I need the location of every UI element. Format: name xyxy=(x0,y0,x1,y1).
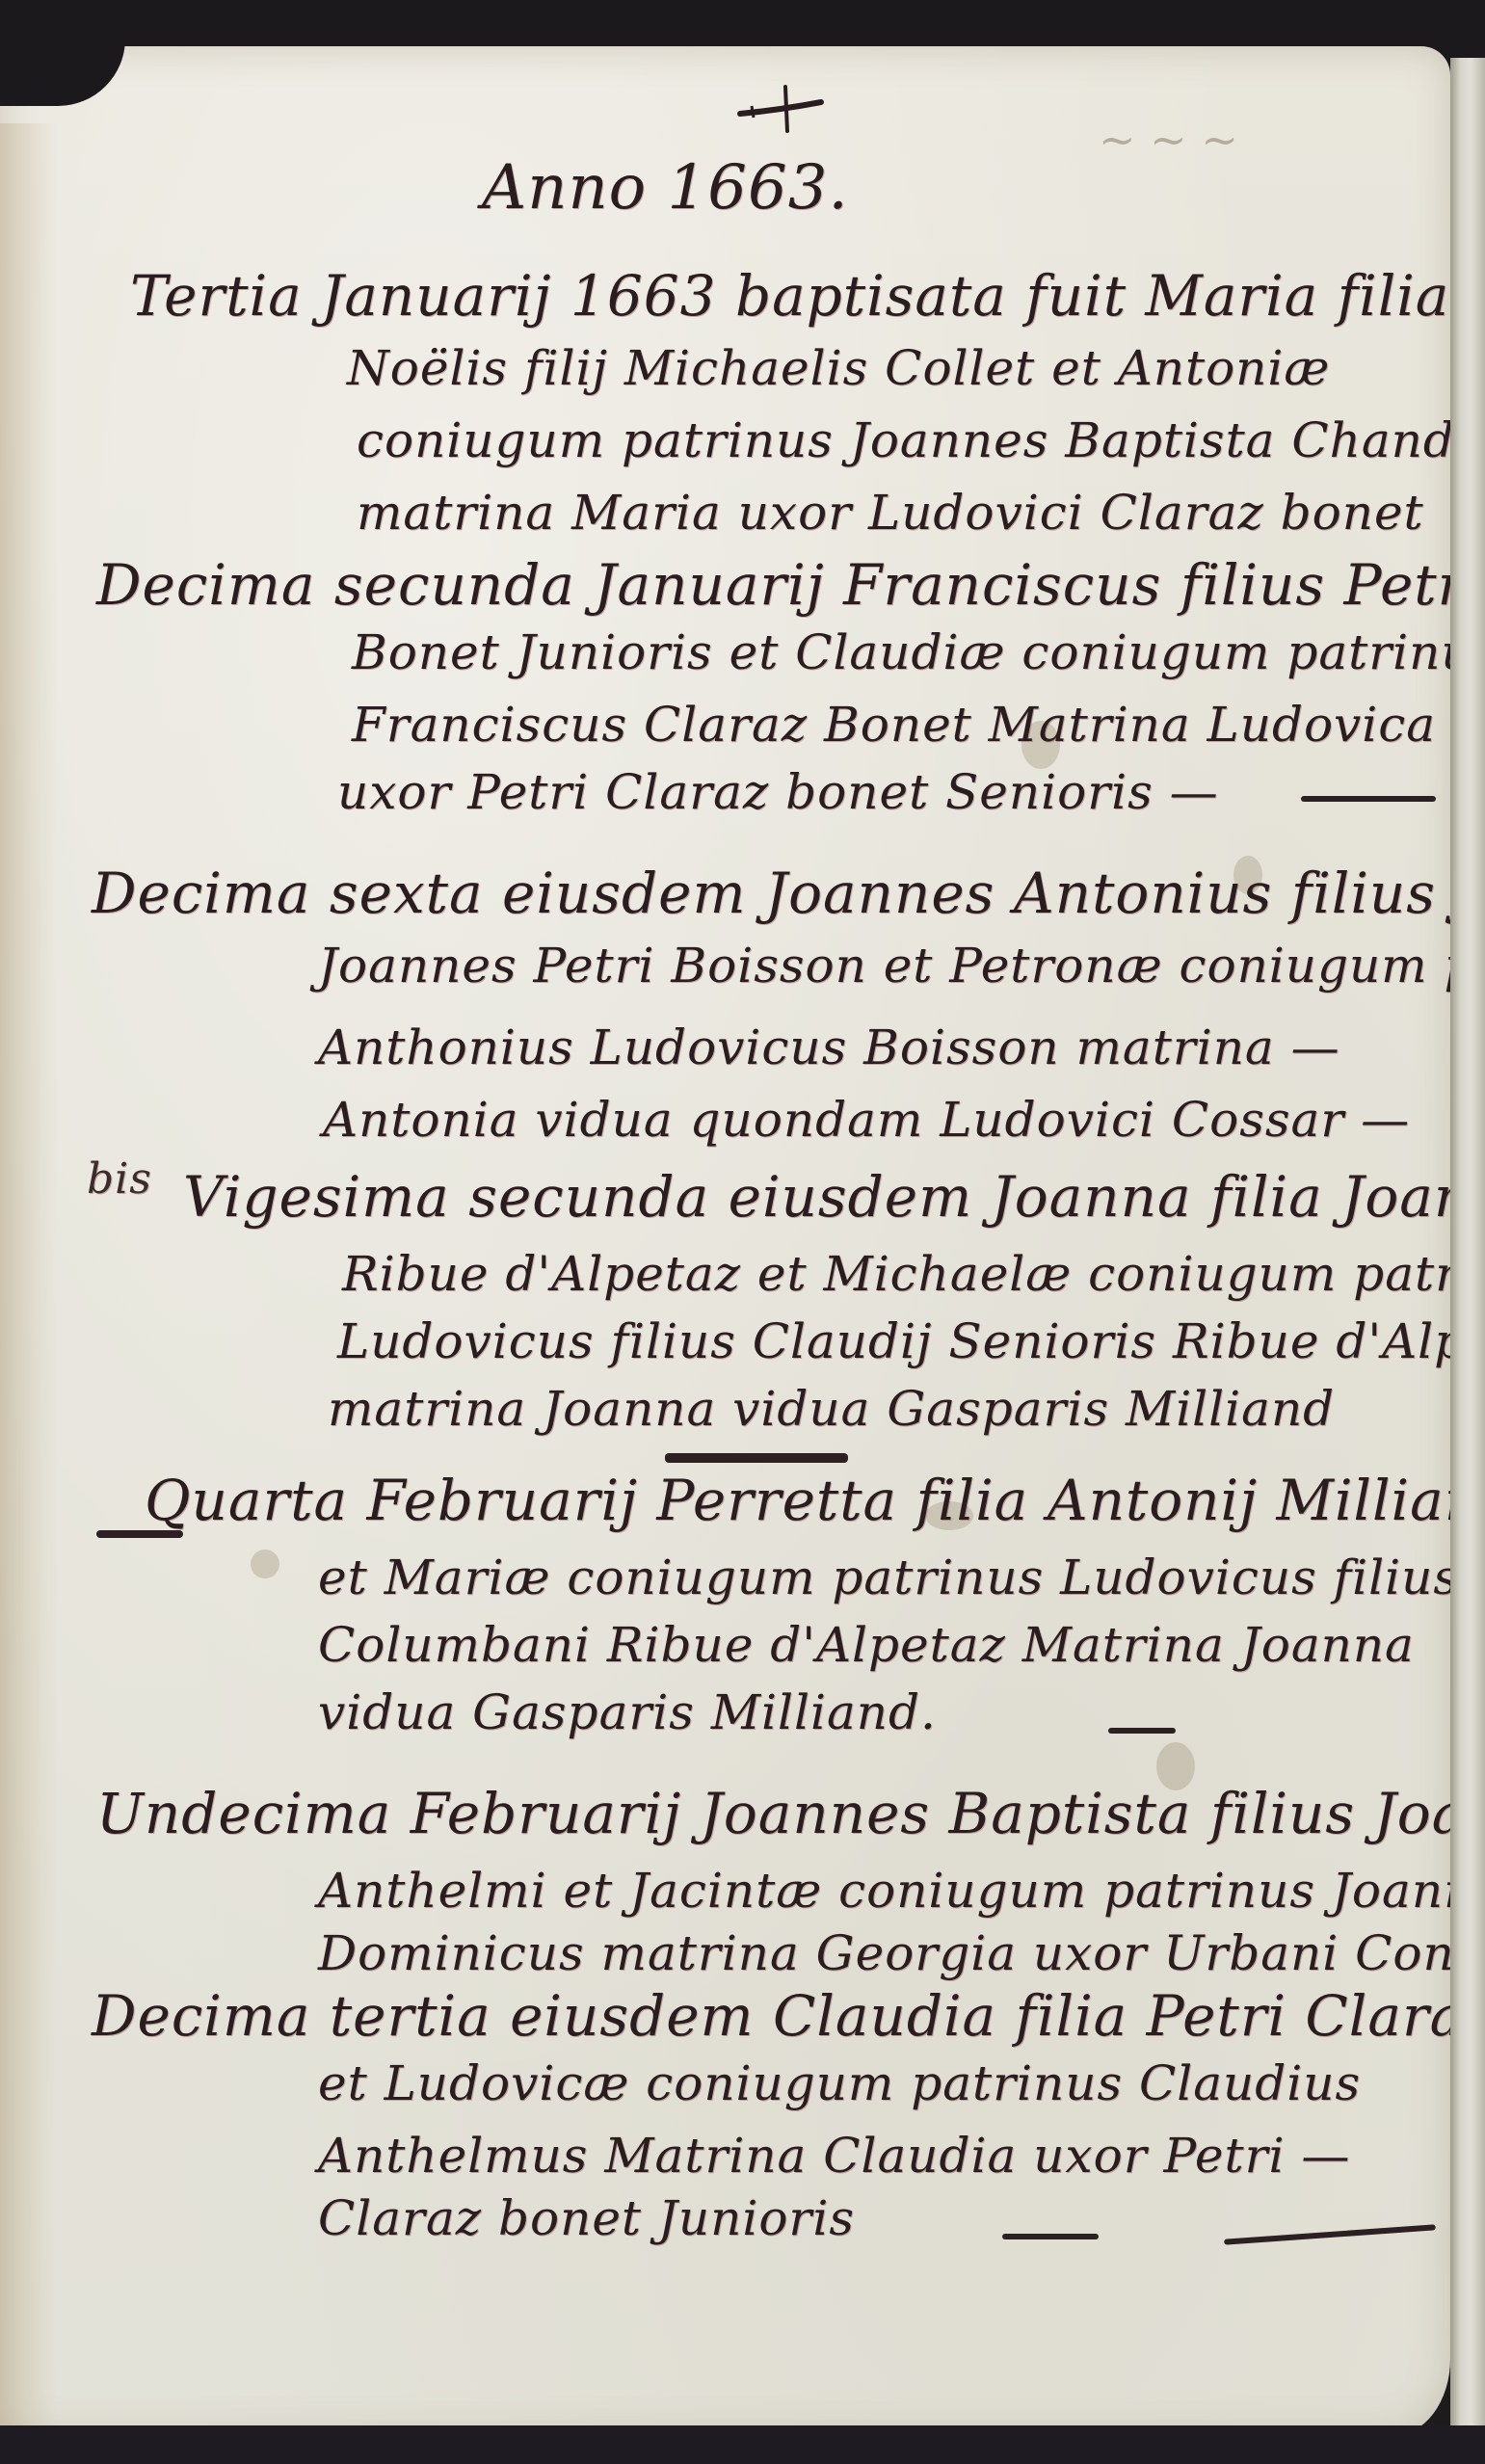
entry-line: vidua Gasparis Milliand. xyxy=(318,1684,937,1740)
entry-line: et Ludovicæ coniugum patrinus Claudius xyxy=(318,2055,1361,2111)
entry-line: matrina Maria uxor Ludovici Claraz bonet xyxy=(357,485,1424,541)
entry-line: Decima secunda Januarij Franciscus filiu… xyxy=(96,552,1485,618)
entry-line: Antonia vidua quondam Ludovici Cossar — xyxy=(323,1092,1410,1148)
entry-line: Anthonius Ludovicus Boisson matrina — xyxy=(318,1020,1340,1075)
entry-line: Noëlis filij Michaelis Collet et Antoniæ xyxy=(347,340,1330,396)
entry-line: uxor Petri Claraz bonet Senioris — xyxy=(337,764,1219,820)
page-worn-edge xyxy=(0,123,58,2455)
line-end-dash xyxy=(1301,796,1436,802)
entry-line: Ludovicus filius Claudij Senioris Ribue … xyxy=(337,1313,1485,1369)
entry-line: Anthelmus Matrina Claudia uxor Petri — xyxy=(318,2128,1350,2184)
closing-flourish xyxy=(1224,2224,1436,2244)
entry-line: Tertia Januarij 1663 baptisata fuit Mari… xyxy=(130,263,1449,329)
ink-stain xyxy=(251,1550,279,1578)
entry-line: Ribue d'Alpetaz et Michaelæ coniugum pat… xyxy=(342,1246,1485,1302)
entry-line: Claraz bonet Junioris xyxy=(318,2190,855,2246)
entry-line: Undecima Februarij Joannes Baptista fili… xyxy=(96,1781,1485,1846)
margin-note: bis xyxy=(87,1154,152,1204)
entry-line: Bonet Junioris et Claudiæ coniugum patri… xyxy=(352,624,1485,680)
dark-background-bottom xyxy=(0,2425,1485,2464)
entry-line: Decima tertia eiusdem Claudia filia Petr… xyxy=(92,1983,1485,2049)
page-heading: Anno 1663. xyxy=(482,152,849,224)
underline-flourish xyxy=(665,1453,848,1463)
cross-icon xyxy=(732,85,829,133)
entry-line: Anthelmi et Jacintæ coniugum patrinus Jo… xyxy=(318,1863,1485,1919)
manuscript-page: ~ ~ ~ Anno 1663. Tertia Januarij 1663 ba… xyxy=(0,46,1450,2436)
faint-marginalia: ~ ~ ~ xyxy=(1099,114,1238,166)
entry-line: et Mariæ coniugum patrinus Ludovicus fil… xyxy=(318,1550,1459,1605)
entry-line: Franciscus Claraz Bonet Matrina Ludovica xyxy=(352,697,1436,753)
entry-line: Vigesima secunda eiusdem Joanna filia Jo… xyxy=(183,1164,1485,1230)
entry-line: Columbani Ribue d'Alpetaz Matrina Joanna xyxy=(318,1617,1415,1673)
book-binding-edge xyxy=(1450,58,1485,2428)
entry-line: Quarta Februarij Perretta filia Antonij … xyxy=(145,1468,1485,1533)
closing-flourish xyxy=(1002,2234,1099,2239)
line-end-dash xyxy=(1108,1728,1176,1734)
entry-line: matrina Joanna vidua Gasparis Milliand xyxy=(328,1381,1335,1437)
entry-line: coniugum patrinus Joannes Baptista Chand… xyxy=(357,412,1485,468)
entry-line: Dominicus matrina Georgia uxor Urbani Co… xyxy=(318,1925,1485,1981)
entry-line: Joannes Petri Boisson et Petronæ coniugu… xyxy=(318,938,1485,994)
entry-line: Decima sexta eiusdem Joannes Antonius fi… xyxy=(92,861,1485,926)
